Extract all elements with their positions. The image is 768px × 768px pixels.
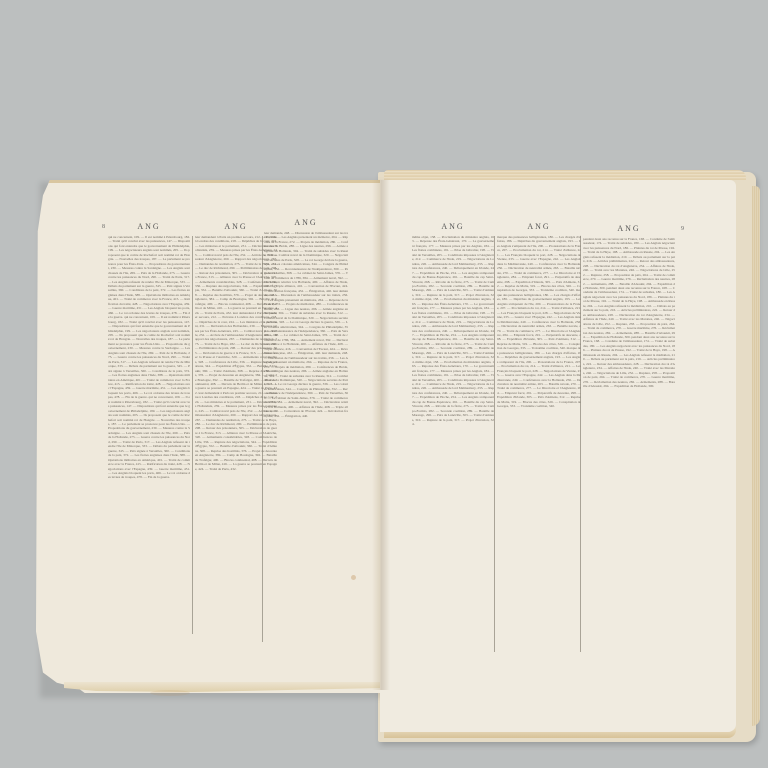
left-column-1: ANG qui ne concernent, 109. — Il est nom… — [108, 222, 190, 634]
column-divider — [494, 236, 495, 652]
column-header: ANG — [412, 222, 494, 232]
foxing-stain — [351, 575, 356, 580]
right-column-3: ANG pendant deux ans reconnu sur la Fran… — [583, 224, 675, 656]
right-page-number: 9 — [681, 226, 684, 232]
top-page-edges — [384, 170, 746, 180]
right-column-1: ANG même objet, 158. — Proclamation du m… — [412, 222, 494, 654]
open-book: 8 9 ANG qui ne concernent, 109. — Il est… — [0, 0, 768, 768]
column-text: leur demande, 248. — Discussion de l'amb… — [264, 231, 348, 418]
left-column-3: ANG leur demande, 248. — Discussion de l… — [264, 218, 348, 638]
left-page-number: 8 — [102, 224, 105, 230]
column-header: ANG — [108, 222, 190, 232]
right-column-2: ANG marque des puissances belligérantes,… — [497, 222, 581, 654]
column-divider — [580, 236, 581, 652]
column-text: pendant deux ans reconnu sur la France, … — [583, 237, 675, 388]
water-stain — [150, 690, 190, 696]
column-divider — [192, 236, 193, 634]
column-text: même objet, 158. — Proclamation du minis… — [412, 235, 494, 426]
column-text: qui ne concernent, 109. — Il est nommé à… — [108, 235, 190, 480]
column-header: ANG — [264, 218, 348, 228]
book-gutter — [372, 180, 390, 690]
column-header: ANG — [497, 222, 581, 232]
column-divider — [262, 236, 263, 642]
column-text: marque des puissances belligérantes, 180… — [497, 235, 581, 409]
column-header: ANG — [583, 224, 675, 234]
